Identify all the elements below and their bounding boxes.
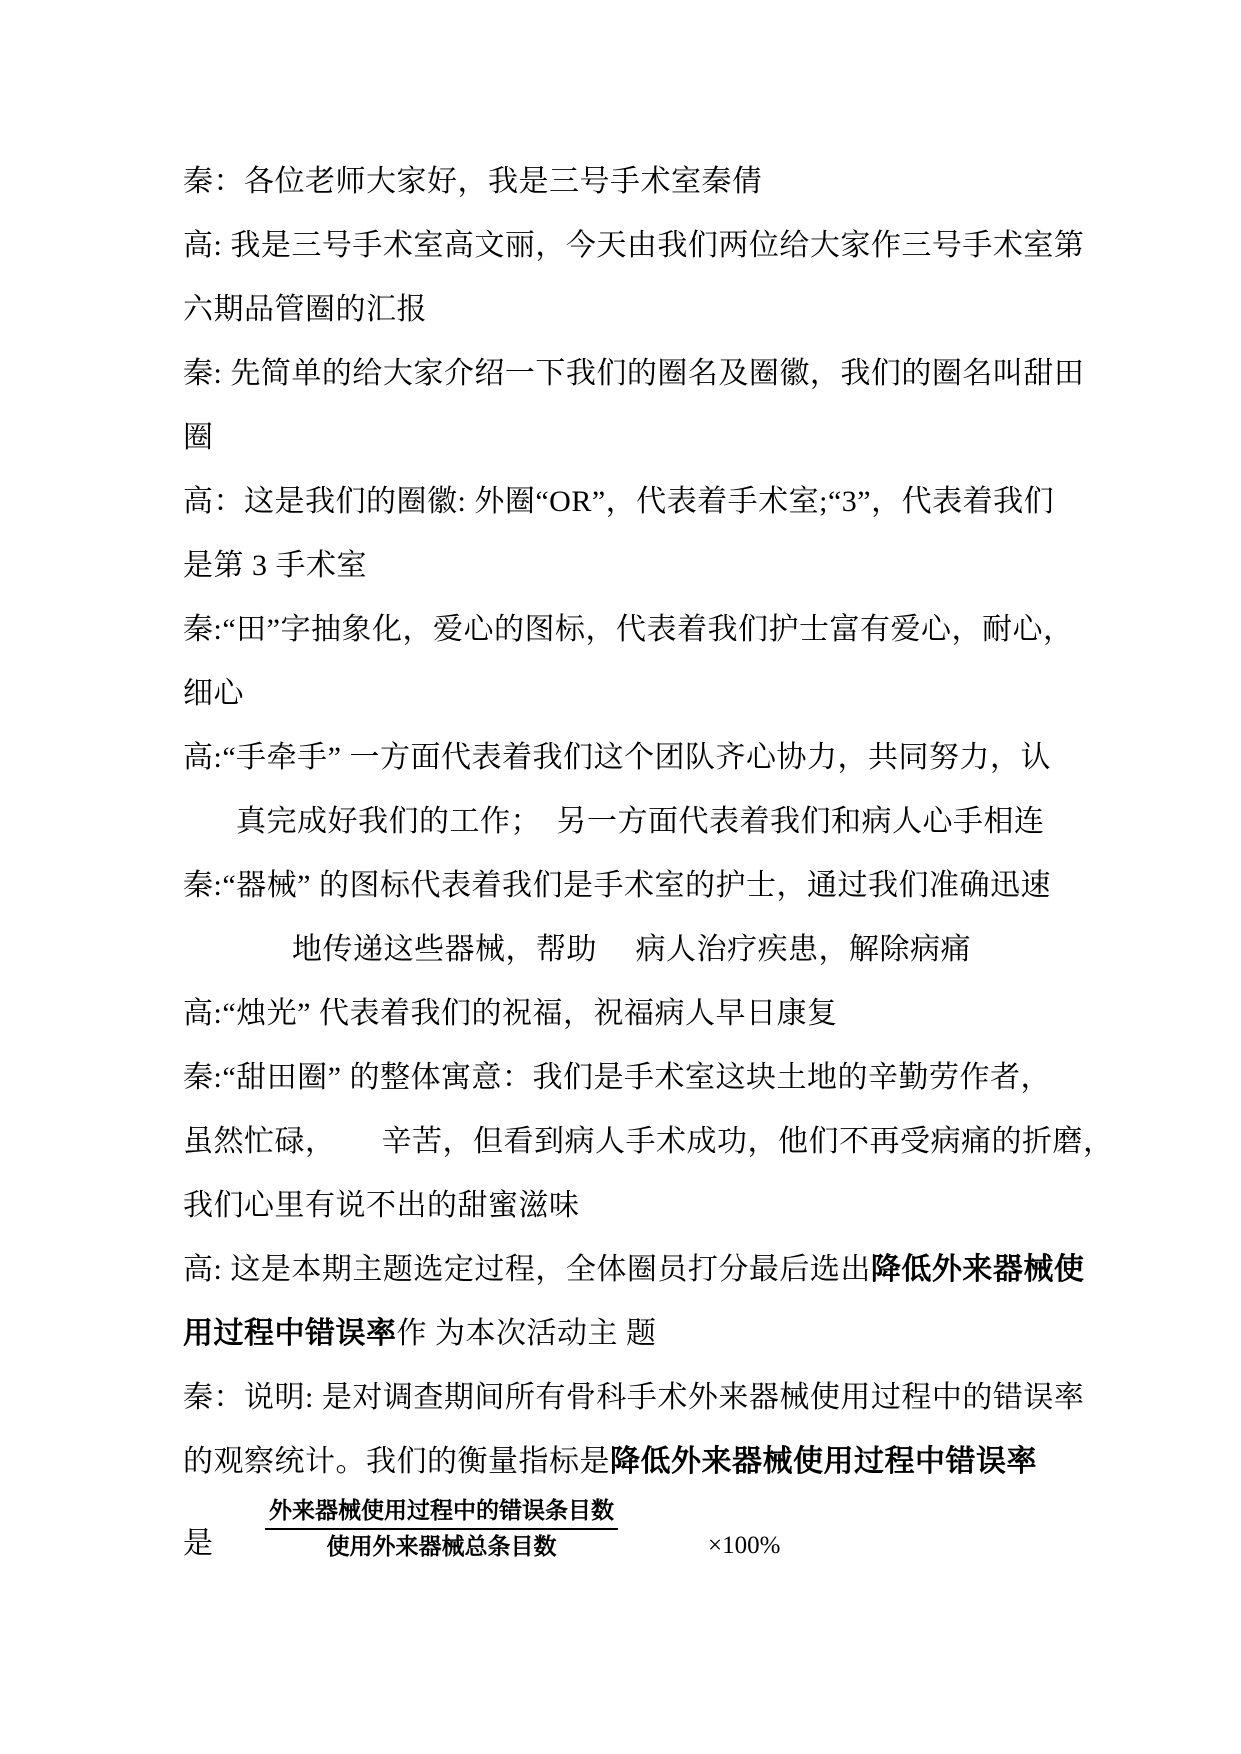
text-segment: 地传递这些器械，帮助 病人治疗疾患，解除病痛 bbox=[292, 933, 971, 966]
text-line: 秦:“器械” 的图标代表着我们是手术室的护士，通过我们准确迅速 bbox=[183, 854, 1163, 918]
text-segment: 高:“手牵手” 一方面代表着我们这个团队齐心协力，共同努力，认 bbox=[183, 741, 1051, 774]
text-line: 我们心里有说不出的甜蜜滋味 bbox=[183, 1174, 1163, 1238]
text-line: 用过程中错误率作 为本次活动主 题 bbox=[183, 1302, 1163, 1366]
text-line: 细心 bbox=[183, 662, 1163, 726]
text-line: 的观察统计。我们的衡量指标是降低外来器械使用过程中错误率 bbox=[183, 1430, 1163, 1494]
text-segment-bold: 用过程中错误率 bbox=[183, 1317, 397, 1350]
text-lines: 秦：各位老师大家好，我是三号手术室秦倩高: 我是三号手术室高文丽，今天由我们两位… bbox=[183, 150, 1163, 1494]
text-segment-bold: 降低外来器械使 bbox=[871, 1253, 1085, 1286]
text-segment: 高:“烛光” 代表着我们的祝福，祝福病人早日康复 bbox=[183, 997, 837, 1030]
text-segment: 作 为本次活动主 题 bbox=[397, 1317, 657, 1350]
text-segment: 是第 3 手术室 bbox=[183, 549, 367, 582]
document-page: 秦：各位老师大家好，我是三号手术室秦倩高: 我是三号手术室高文丽，今天由我们两位… bbox=[0, 0, 1241, 1754]
formula-numerator: 外来器械使用过程中的错误条目数 bbox=[265, 1496, 618, 1530]
text-segment: 高: 这是本期主题选定过程，全体圈员打分最后选出 bbox=[183, 1253, 871, 1286]
text-line: 高: 这是本期主题选定过程，全体圈员打分最后选出降低外来器械使 bbox=[183, 1238, 1163, 1302]
text-line: 秦:“田”字抽象化，爱心的图标，代表着我们护士富有爱心，耐心， bbox=[183, 598, 1163, 662]
text-segment: 六期品管圈的汇报 bbox=[183, 293, 427, 326]
text-line: 虽然忙碌， 辛苦，但看到病人手术成功，他们不再受病痛的折磨， bbox=[183, 1110, 1163, 1174]
text-line: 是第 3 手术室 bbox=[183, 534, 1163, 598]
text-segment: 高：这是我们的圈徽: 外圈“OR”，代表着手术室;“3”，代表着我们 bbox=[183, 485, 1054, 518]
text-segment: 秦:“田”字抽象化，爱心的图标，代表着我们护士富有爱心，耐心， bbox=[183, 613, 1073, 646]
text-segment-bold: 降低外来器械使用过程中错误率 bbox=[610, 1445, 1037, 1478]
text-segment: 的观察统计。我们的衡量指标是 bbox=[183, 1445, 610, 1478]
text-line: 高: 我是三号手术室高文丽，今天由我们两位给大家作三号手术室第 bbox=[183, 214, 1163, 278]
text-segment: 圈 bbox=[183, 421, 214, 454]
text-line: 高：这是我们的圈徽: 外圈“OR”，代表着手术室;“3”，代表着我们 bbox=[183, 470, 1163, 534]
text-segment: 秦:“甜田圈” 的整体寓意：我们是手术室这块土地的辛勤劳作者， bbox=[183, 1061, 1051, 1094]
text-line: 圈 bbox=[183, 406, 1163, 470]
formula-fraction: 外来器械使用过程中的错误条目数 使用外来器械总条目数 bbox=[265, 1496, 618, 1564]
text-segment: 秦: 先简单的给大家介绍一下我们的圈名及圈徽，我们的圈名叫甜田 bbox=[183, 357, 1084, 390]
text-line: 真完成好我们的工作； 另一方面代表着我们和病人心手相连 bbox=[183, 790, 1163, 854]
text-segment: 真完成好我们的工作； 另一方面代表着我们和病人心手相连 bbox=[236, 805, 1045, 838]
error-rate-formula: 是 外来器械使用过程中的错误条目数 使用外来器械总条目数 ×100% bbox=[183, 1496, 1163, 1564]
document-body: 秦：各位老师大家好，我是三号手术室秦倩高: 我是三号手术室高文丽，今天由我们两位… bbox=[183, 150, 1163, 1564]
text-line: 高:“烛光” 代表着我们的祝福，祝福病人早日康复 bbox=[183, 982, 1163, 1046]
formula-multiplier: ×100% bbox=[708, 1528, 780, 1564]
text-segment: 秦：各位老师大家好，我是三号手术室秦倩 bbox=[183, 165, 763, 198]
text-segment: 虽然忙碌， 辛苦，但看到病人手术成功，他们不再受病痛的折磨， bbox=[183, 1125, 1114, 1158]
text-line: 秦: 先简单的给大家介绍一下我们的圈名及圈徽，我们的圈名叫甜田 bbox=[183, 342, 1163, 406]
formula-prefix: 是 bbox=[183, 1524, 213, 1564]
text-line: 秦:“甜田圈” 的整体寓意：我们是手术室这块土地的辛勤劳作者， bbox=[183, 1046, 1163, 1110]
text-segment: 高: 我是三号手术室高文丽，今天由我们两位给大家作三号手术室第 bbox=[183, 229, 1084, 262]
text-line: 六期品管圈的汇报 bbox=[183, 278, 1163, 342]
text-segment: 我们心里有说不出的甜蜜滋味 bbox=[183, 1189, 580, 1222]
text-segment: 秦：说明: 是对调查期间所有骨科手术外来器械使用过程中的错误率 bbox=[183, 1381, 1084, 1414]
text-segment: 秦:“器械” 的图标代表着我们是手术室的护士，通过我们准确迅速 bbox=[183, 869, 1051, 902]
text-line: 秦：说明: 是对调查期间所有骨科手术外来器械使用过程中的错误率 bbox=[183, 1366, 1163, 1430]
text-line: 高:“手牵手” 一方面代表着我们这个团队齐心协力，共同努力，认 bbox=[183, 726, 1163, 790]
text-line: 秦：各位老师大家好，我是三号手术室秦倩 bbox=[183, 150, 1163, 214]
formula-denominator: 使用外来器械总条目数 bbox=[327, 1530, 557, 1564]
text-segment: 细心 bbox=[183, 677, 244, 710]
text-line: 地传递这些器械，帮助 病人治疗疾患，解除病痛 bbox=[183, 918, 1163, 982]
